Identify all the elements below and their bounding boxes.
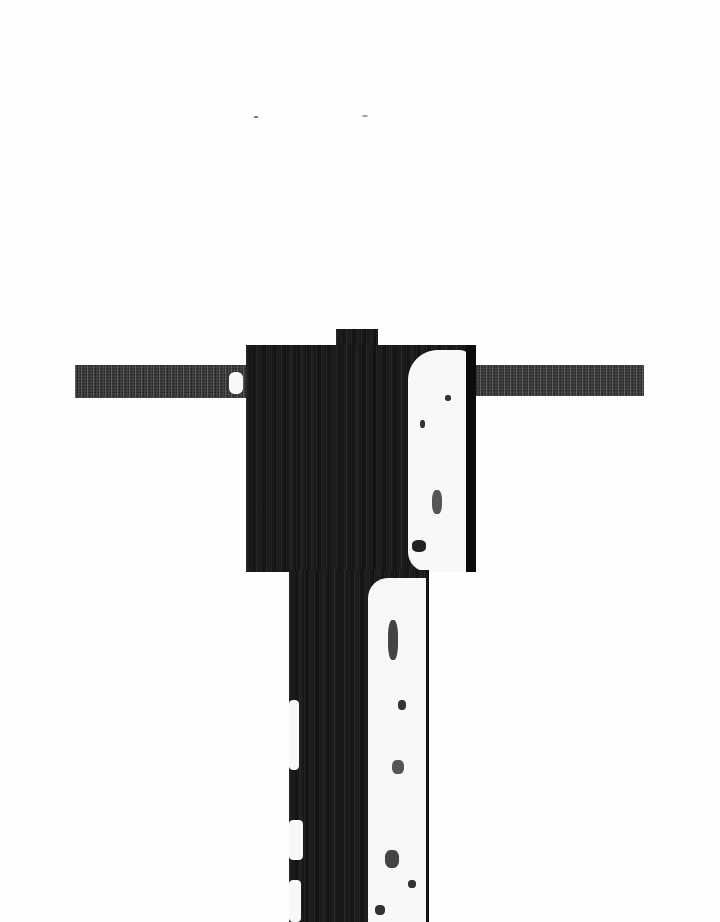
right-arm [474,365,644,396]
lower-patch-mark [375,905,385,915]
lower-patch-mark [398,700,406,710]
speck-right [362,115,368,117]
torso-highlight [408,350,470,572]
left-arm-gap [229,372,243,394]
lower-left-fleck [289,820,303,860]
speck-left [254,116,258,118]
left-arm [75,365,247,398]
torso-right-edge [466,345,476,572]
torso-patch-mark [420,420,425,428]
torso-patch-mark [412,540,426,552]
torso-patch-mark [445,395,451,401]
lower-patch-mark [385,850,399,868]
lower-patch-mark [408,880,416,888]
lower-left-fleck [289,700,299,770]
lower-left-fleck [289,880,301,922]
torso-patch-mark [432,490,442,514]
lower-patch-mark [388,620,398,660]
artwork-canvas [0,0,720,922]
lower-patch-mark [392,760,404,774]
